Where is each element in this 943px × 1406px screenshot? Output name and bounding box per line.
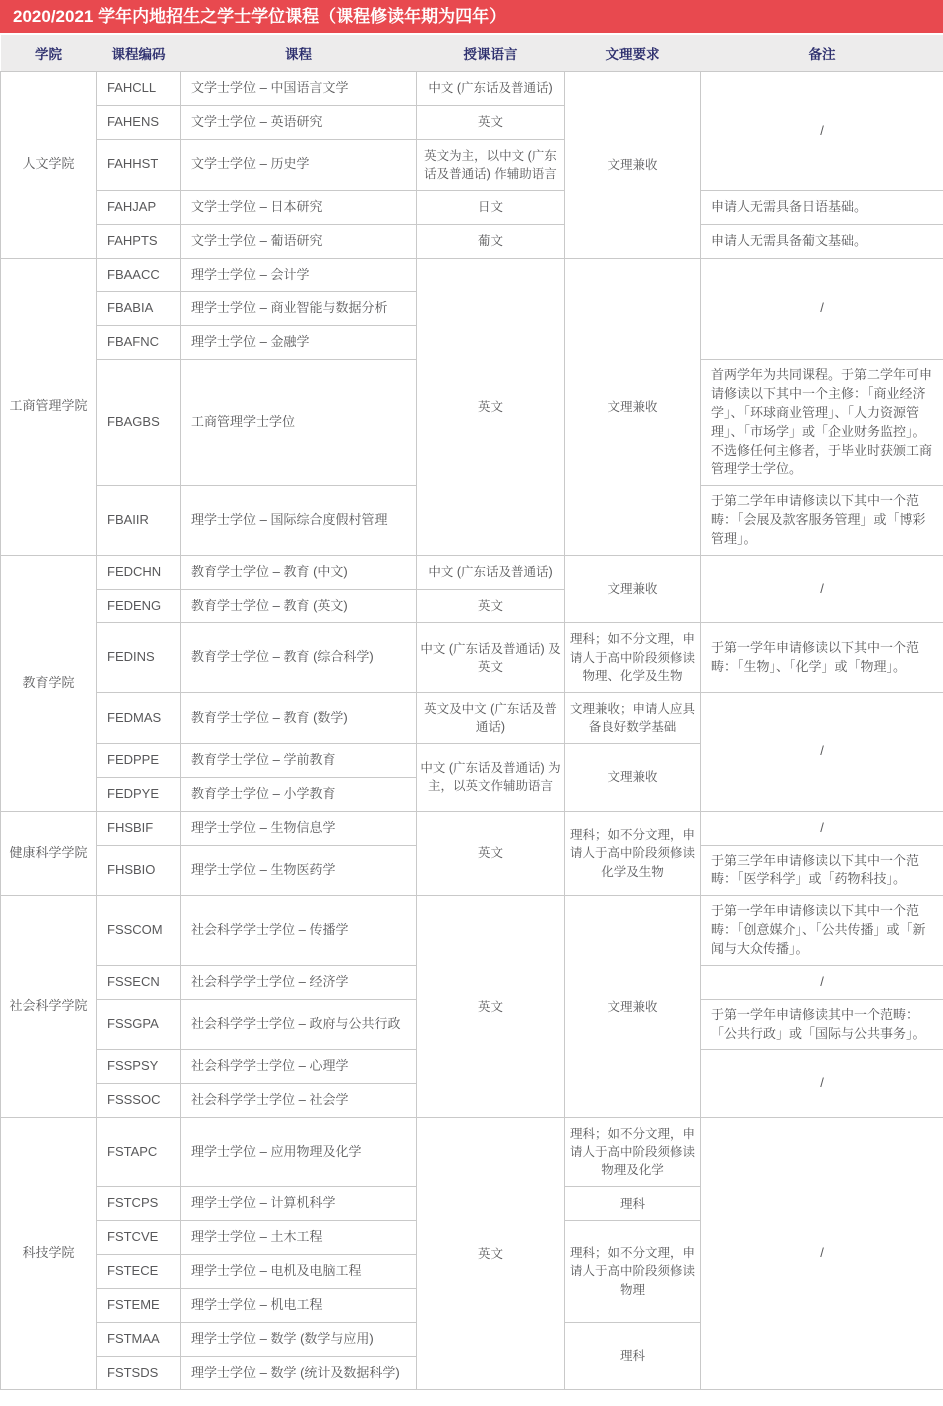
college-cell: 人文学院 xyxy=(1,72,97,259)
requirement-cell: 理科 xyxy=(565,1322,701,1390)
course-name-cell: 理学士学位 – 土木工程 xyxy=(181,1221,417,1255)
course-code-cell: FEDPPE xyxy=(97,744,181,778)
course-code-cell: FSTMAA xyxy=(97,1322,181,1356)
requirement-cell: 理科；如不分文理，申请人于高中阶段须修读物理 xyxy=(565,1221,701,1323)
course-row: 教育学院FEDCHN教育学士学位 – 教育 (中文)中文 (广东话及普通话)文理… xyxy=(1,555,943,589)
course-row: 社会科学学院FSSCOM社会科学学士学位 – 传播学英文文理兼收于第一学年申请修… xyxy=(1,896,943,966)
course-name-cell: 理学士学位 – 计算机科学 xyxy=(181,1187,417,1221)
requirement-cell: 理科；如不分文理，申请人于高中阶段须修读化学及生物 xyxy=(565,811,701,896)
remark-cell: / xyxy=(701,258,943,360)
col-header-course-code: 课程编码 xyxy=(97,35,181,72)
header-row: 学院 课程编码 课程 授课语言 文理要求 备注 xyxy=(1,35,943,72)
course-code-cell: FBABIA xyxy=(97,292,181,326)
course-row: FAHJAP文学士学位 – 日本研究日文申请人无需具备日语基础。 xyxy=(1,190,943,224)
language-cell: 中文 (广东话及普通话) 及英文 xyxy=(417,623,565,692)
course-name-cell: 教育学士学位 – 小学教育 xyxy=(181,777,417,811)
requirement-cell: 文理兼收 xyxy=(565,72,701,259)
course-name-cell: 文学士学位 – 历史学 xyxy=(181,139,417,190)
remark-cell: 申请人无需具备日语基础。 xyxy=(701,190,943,224)
course-code-cell: FBAACC xyxy=(97,258,181,292)
course-name-cell: 理学士学位 – 数学 (统计及数据科学) xyxy=(181,1356,417,1390)
remark-cell: / xyxy=(701,965,943,999)
course-code-cell: FEDCHN xyxy=(97,555,181,589)
col-header-course: 课程 xyxy=(181,35,417,72)
course-name-cell: 理学士学位 – 机电工程 xyxy=(181,1288,417,1322)
course-code-cell: FAHJAP xyxy=(97,190,181,224)
course-name-cell: 文学士学位 – 英语研究 xyxy=(181,105,417,139)
course-name-cell: 理学士学位 – 商业智能与数据分析 xyxy=(181,292,417,326)
course-name-cell: 教育学士学位 – 学前教育 xyxy=(181,744,417,778)
remark-cell: 申请人无需具备葡文基础。 xyxy=(701,224,943,258)
course-row: FEDMAS教育学士学位 – 教育 (数学)英文及中文 (广东话及普通话)文理兼… xyxy=(1,692,943,743)
remark-cell: / xyxy=(701,555,943,623)
college-cell: 社会科学学院 xyxy=(1,896,97,1118)
course-code-cell: FSTSDS xyxy=(97,1356,181,1390)
course-code-cell: FAHPTS xyxy=(97,224,181,258)
course-name-cell: 理学士学位 – 金融学 xyxy=(181,326,417,360)
remark-cell: 于第一学年申请修读其中一个范畴：「公共行政」或「国际与公共事务」。 xyxy=(701,999,943,1050)
remark-cell: 于第一学年申请修读以下其中一个范畴：「创意媒介」、「公共传播」或「新闻与大众传播… xyxy=(701,896,943,966)
college-cell: 教育学院 xyxy=(1,555,97,811)
col-header-requirement: 文理要求 xyxy=(565,35,701,72)
language-cell: 中文 (广东话及普通话) 为主，以英文作辅助语言 xyxy=(417,744,565,812)
language-cell: 日文 xyxy=(417,190,565,224)
remark-cell: / xyxy=(701,811,943,845)
remark-cell: 于第三学年申请修读以下其中一个范畴：「医学科学」或「药物科技」。 xyxy=(701,845,943,896)
course-name-cell: 理学士学位 – 国际综合度假村管理 xyxy=(181,486,417,556)
language-cell: 英文 xyxy=(417,258,565,555)
course-name-cell: 社会科学学士学位 – 经济学 xyxy=(181,965,417,999)
remark-cell: 于第一学年申请修读以下其中一个范畴：「生物」、「化学」或「物理」。 xyxy=(701,623,943,692)
table-body: 人文学院FAHCLL文学士学位 – 中国语言文学中文 (广东话及普通话)文理兼收… xyxy=(1,72,943,1390)
course-name-cell: 理学士学位 – 应用物理及化学 xyxy=(181,1118,417,1187)
course-name-cell: 理学士学位 – 生物信息学 xyxy=(181,811,417,845)
course-code-cell: FHSBIO xyxy=(97,845,181,896)
page-banner: 2020/2021 学年内地招生之学士学位课程（课程修读年期为四年） xyxy=(0,0,943,33)
course-code-cell: FEDENG xyxy=(97,589,181,623)
course-name-cell: 教育学士学位 – 教育 (英文) xyxy=(181,589,417,623)
course-name-cell: 社会科学学士学位 – 政府与公共行政 xyxy=(181,999,417,1050)
course-name-cell: 文学士学位 – 葡语研究 xyxy=(181,224,417,258)
course-code-cell: FSSCOM xyxy=(97,896,181,966)
course-code-cell: FSSSOC xyxy=(97,1084,181,1118)
course-code-cell: FAHCLL xyxy=(97,72,181,106)
course-code-cell: FBAGBS xyxy=(97,360,181,486)
language-cell: 中文 (广东话及普通话) xyxy=(417,555,565,589)
course-name-cell: 社会科学学士学位 – 社会学 xyxy=(181,1084,417,1118)
requirement-cell: 理科；如不分文理，申请人于高中阶段须修读物理、化学及生物 xyxy=(565,623,701,692)
remark-cell: 首两学年为共同课程。于第二学年可申请修读以下其中一个主修：「商业经济学」、「环球… xyxy=(701,360,943,486)
course-code-cell: FSSPSY xyxy=(97,1050,181,1084)
remark-cell: / xyxy=(701,1118,943,1390)
requirement-cell: 理科；如不分文理，申请人于高中阶段须修读物理及化学 xyxy=(565,1118,701,1187)
remark-cell: / xyxy=(701,72,943,191)
language-cell: 英文 xyxy=(417,589,565,623)
college-cell: 工商管理学院 xyxy=(1,258,97,555)
col-header-language: 授课语言 xyxy=(417,35,565,72)
remark-cell: / xyxy=(701,1050,943,1118)
requirement-cell: 文理兼收 xyxy=(565,258,701,555)
course-code-cell: FSTEME xyxy=(97,1288,181,1322)
course-name-cell: 理学士学位 – 会计学 xyxy=(181,258,417,292)
col-header-remarks: 备注 xyxy=(701,35,943,72)
course-name-cell: 工商管理学士学位 xyxy=(181,360,417,486)
course-row: FEDINS教育学士学位 – 教育 (综合科学)中文 (广东话及普通话) 及英文… xyxy=(1,623,943,692)
course-code-cell: FSSGPA xyxy=(97,999,181,1050)
course-code-cell: FEDPYE xyxy=(97,777,181,811)
course-code-cell: FSTECE xyxy=(97,1255,181,1289)
course-code-cell: FSTCPS xyxy=(97,1187,181,1221)
course-code-cell: FEDINS xyxy=(97,623,181,692)
course-code-cell: FSSECN xyxy=(97,965,181,999)
course-row: 人文学院FAHCLL文学士学位 – 中国语言文学中文 (广东话及普通话)文理兼收… xyxy=(1,72,943,106)
course-code-cell: FBAFNC xyxy=(97,326,181,360)
course-name-cell: 教育学士学位 – 教育 (综合科学) xyxy=(181,623,417,692)
course-row: 科技学院FSTAPC理学士学位 – 应用物理及化学英文理科；如不分文理，申请人于… xyxy=(1,1118,943,1187)
page-title: 2020/2021 学年内地招生之学士学位课程（课程修读年期为四年） xyxy=(13,7,506,26)
requirement-cell: 文理兼收 xyxy=(565,555,701,623)
language-cell: 葡文 xyxy=(417,224,565,258)
course-code-cell: FAHENS xyxy=(97,105,181,139)
course-code-cell: FEDMAS xyxy=(97,692,181,743)
course-code-cell: FSTCVE xyxy=(97,1221,181,1255)
requirement-cell: 文理兼收 xyxy=(565,744,701,812)
course-row: 工商管理学院FBAACC理学士学位 – 会计学英文文理兼收/ xyxy=(1,258,943,292)
language-cell: 英文为主，以中文 (广东话及普通话) 作辅助语言 xyxy=(417,139,565,190)
remark-cell: / xyxy=(701,692,943,811)
language-cell: 中文 (广东话及普通话) xyxy=(417,72,565,106)
course-name-cell: 理学士学位 – 数学 (数学与应用) xyxy=(181,1322,417,1356)
course-row: 健康科学学院FHSBIF理学士学位 – 生物信息学英文理科；如不分文理，申请人于… xyxy=(1,811,943,845)
course-code-cell: FSTAPC xyxy=(97,1118,181,1187)
remark-cell: 于第二学年申请修读以下其中一个范畴：「会展及款客服务管理」或「博彩管理」。 xyxy=(701,486,943,556)
requirement-cell: 文理兼收 xyxy=(565,896,701,1118)
requirement-cell: 文理兼收；申请人应具备良好数学基础 xyxy=(565,692,701,743)
course-name-cell: 文学士学位 – 日本研究 xyxy=(181,190,417,224)
course-name-cell: 理学士学位 – 生物医药学 xyxy=(181,845,417,896)
language-cell: 英文 xyxy=(417,811,565,896)
col-header-college: 学院 xyxy=(1,35,97,72)
course-name-cell: 教育学士学位 – 教育 (中文) xyxy=(181,555,417,589)
table-header: 学院 课程编码 课程 授课语言 文理要求 备注 xyxy=(1,35,943,72)
language-cell: 英文 xyxy=(417,105,565,139)
language-cell: 英文 xyxy=(417,1118,565,1390)
requirement-cell: 理科 xyxy=(565,1187,701,1221)
language-cell: 英文及中文 (广东话及普通话) xyxy=(417,692,565,743)
course-table: 学院 课程编码 课程 授课语言 文理要求 备注 人文学院FAHCLL文学士学位 … xyxy=(0,35,943,1390)
college-cell: 健康科学学院 xyxy=(1,811,97,896)
course-row: FAHPTS文学士学位 – 葡语研究葡文申请人无需具备葡文基础。 xyxy=(1,224,943,258)
course-name-cell: 教育学士学位 – 教育 (数学) xyxy=(181,692,417,743)
course-name-cell: 文学士学位 – 中国语言文学 xyxy=(181,72,417,106)
course-name-cell: 社会科学学士学位 – 传播学 xyxy=(181,896,417,966)
course-name-cell: 理学士学位 – 电机及电脑工程 xyxy=(181,1255,417,1289)
course-code-cell: FBAIIR xyxy=(97,486,181,556)
course-name-cell: 社会科学学士学位 – 心理学 xyxy=(181,1050,417,1084)
course-code-cell: FAHHST xyxy=(97,139,181,190)
college-cell: 科技学院 xyxy=(1,1118,97,1390)
language-cell: 英文 xyxy=(417,896,565,1118)
course-code-cell: FHSBIF xyxy=(97,811,181,845)
